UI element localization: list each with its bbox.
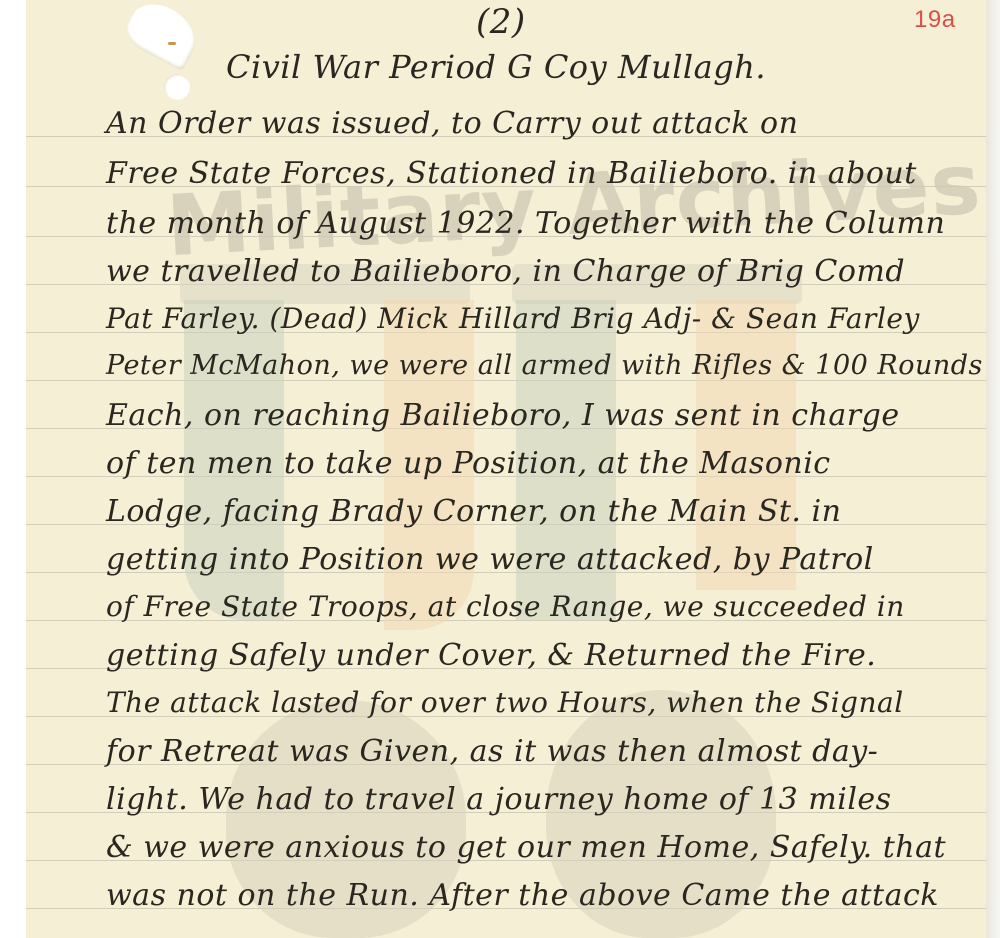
page-marker: (2) — [476, 2, 526, 42]
text-line: getting into Position we were attacked, … — [106, 542, 874, 577]
text-line: getting Safely under Cover, & Returned t… — [106, 638, 876, 673]
text-line: Each, on reaching Bailieboro, I was sent… — [106, 398, 900, 433]
torn-punch-hole — [120, 0, 205, 72]
text-line: was not on the Run. After the above Came… — [106, 878, 939, 913]
text-line: light. We had to travel a journey home o… — [106, 782, 892, 817]
text-line: Peter McMahon, we were all armed with Ri… — [106, 350, 983, 381]
text-line: An Order was issued, to Carry out attack… — [106, 106, 798, 141]
text-line: the month of August 1922. Together with … — [106, 206, 945, 241]
text-line: of Free State Troops, at close Range, we… — [106, 590, 905, 623]
text-line: Pat Farley. (Dead) Mick Hillard Brig Adj… — [106, 302, 920, 335]
punch-hole — [164, 74, 190, 100]
text-line: Lodge, facing Brady Corner, on the Main … — [106, 494, 841, 529]
archive-page: Military Archives (2) 19a Civil War Peri… — [26, 0, 986, 938]
rust-stain — [168, 42, 176, 45]
text-line: for Retreat was Given, as it was then al… — [106, 734, 878, 769]
scan-edge — [986, 0, 1000, 938]
text-line: of ten men to take up Position, at the M… — [106, 446, 831, 481]
text-line: Free State Forces, Stationed in Bailiebo… — [106, 156, 917, 191]
folio-number: 19a — [914, 6, 956, 34]
text-line: we travelled to Bailieboro, in Charge of… — [106, 254, 905, 289]
text-line: The attack lasted for over two Hours, wh… — [106, 686, 904, 719]
text-line: & we were anxious to get our men Home, S… — [106, 830, 946, 865]
page-heading: Civil War Period G Coy Mullagh. — [226, 48, 766, 86]
